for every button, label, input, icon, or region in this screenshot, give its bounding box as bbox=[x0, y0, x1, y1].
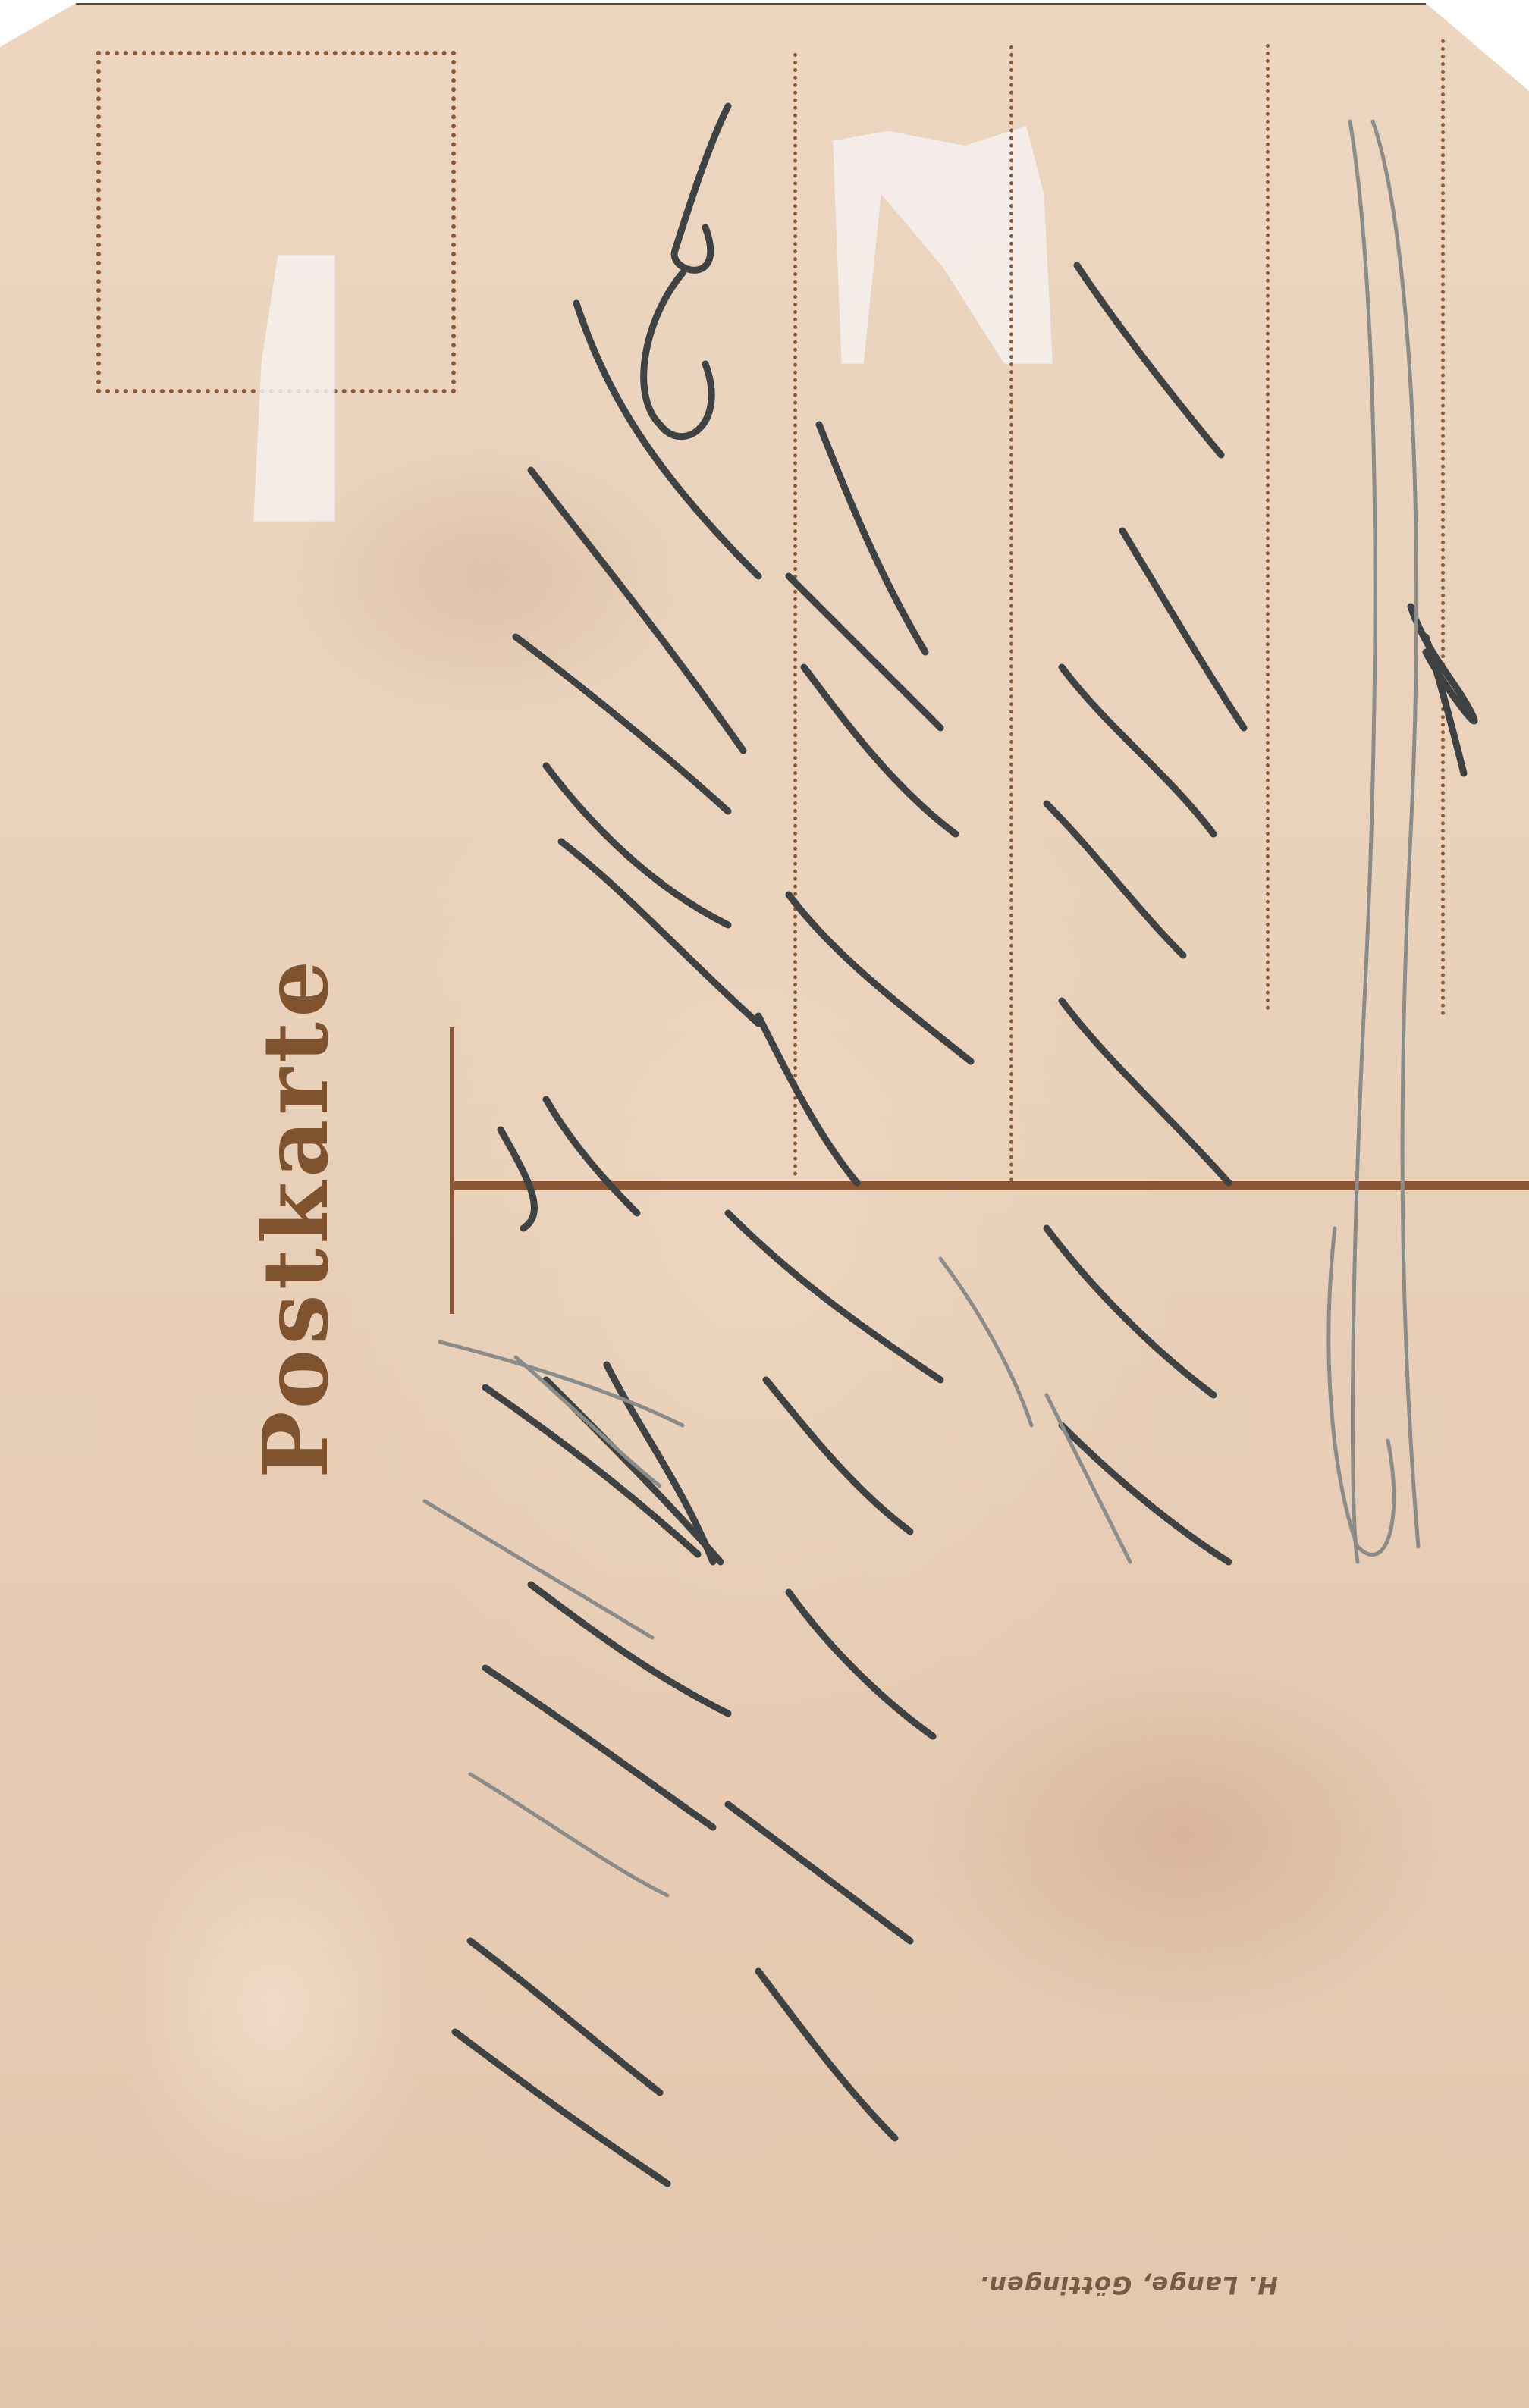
printer-imprint: H. Lange, Göttingen. bbox=[929, 2271, 1278, 2300]
message-strokes bbox=[455, 106, 1474, 2184]
divider-horizontal bbox=[453, 1181, 1529, 1190]
stamp-residue-right bbox=[833, 121, 1053, 364]
card-top-edge bbox=[76, 0, 1426, 5]
address-line-3 bbox=[1266, 44, 1270, 1011]
divider-vertical bbox=[450, 1027, 454, 1314]
postcard-title: Postkarte bbox=[243, 872, 334, 1478]
address-line-4 bbox=[1441, 39, 1445, 1016]
address-line-2 bbox=[1009, 45, 1013, 1183]
postcard: Postkarte H. Lange, Göttingen. handwritt… bbox=[0, 0, 1529, 2408]
address-line-1 bbox=[793, 53, 797, 1177]
